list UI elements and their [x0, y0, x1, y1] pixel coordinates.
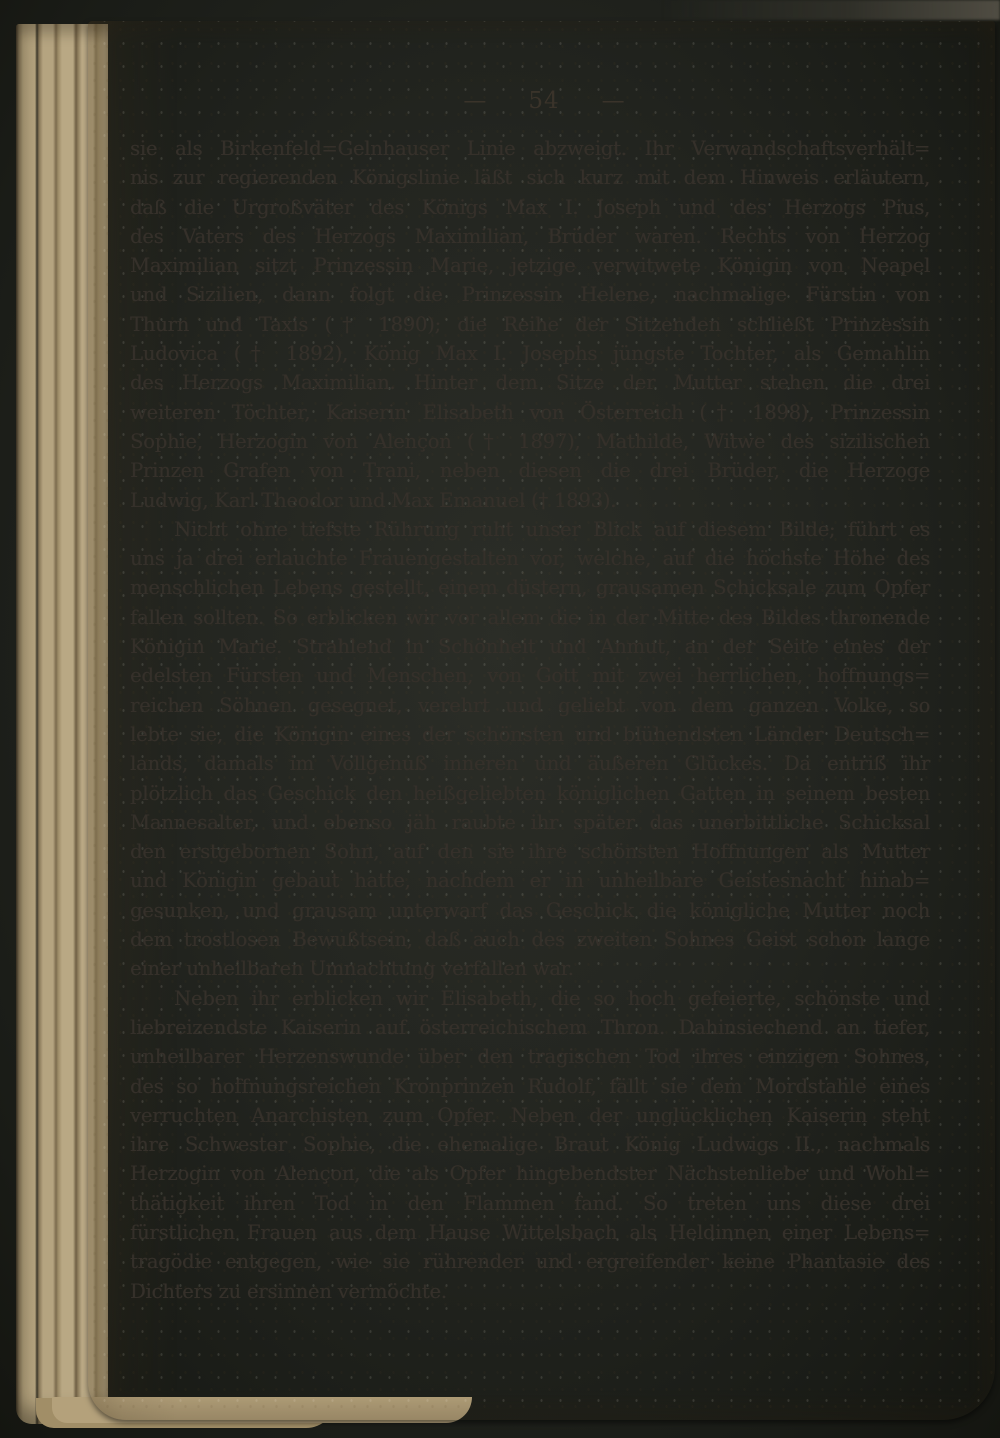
text-line: unheilbarer Herzenswunde über den tragis… — [130, 1042, 930, 1071]
text-line: einer unheilbaren Umnachtung verfallen w… — [130, 954, 930, 983]
text-line: liebreizendste Kaiserin auf österreichis… — [130, 1013, 930, 1042]
text-line: verruchten Anarchisten zum Opfer. Neben … — [130, 1101, 930, 1130]
text-line: Thurn und Taxis († 1890); die Reihe der … — [130, 310, 930, 339]
page-text: sie als Birkenfeld=Gelnhauser Linie abzw… — [130, 134, 930, 1306]
paragraph: sie als Birkenfeld=Gelnhauser Linie abzw… — [130, 134, 930, 515]
text-line: edelsten Fürsten und Menschen, von Gott … — [130, 661, 930, 690]
text-line: lebte sie, die Königin eines der schönst… — [130, 720, 930, 749]
text-line: nis zur regierenden Königslinie läßt sic… — [130, 163, 930, 192]
header-dash-left: — — [463, 88, 486, 114]
text-line: weiteren Töchter, Kaiserin Elisabeth von… — [130, 398, 930, 427]
text-line: ihre Schwester Sophie, die ehemalige Bra… — [130, 1130, 930, 1159]
text-line: und Königin gebaut hatte, nachdem er in … — [130, 866, 930, 895]
text-line: den erstgebornen Sohn, auf den sie ihre … — [130, 837, 930, 866]
text-line: menschlichen Lebens gestellt, einem düst… — [130, 573, 930, 602]
header-dash-right: — — [602, 88, 625, 114]
text-line: fürstlichen Frauen aus dem Hause Wittels… — [130, 1218, 930, 1247]
paragraph: Neben ihr erblicken wir Elisabeth, die s… — [130, 984, 930, 1306]
page-number: 54 — [528, 88, 559, 114]
text-line: daß die Urgroßväter des Königs Max I. Jo… — [130, 193, 930, 222]
text-line: Ludovica († 1892), König Max I. Josephs … — [130, 339, 930, 368]
text-line: Prinzen Grafen von Trani, neben diesen d… — [130, 456, 930, 485]
text-line: des so hoffnungsreichen Kronprinzen Rudo… — [130, 1072, 930, 1101]
text-line: des Vaters des Herzogs Maximilian, Brüde… — [130, 222, 930, 251]
text-line: Nicht ohne tiefste Rührung ruht unser Bl… — [130, 515, 930, 544]
text-line: des Herzogs Maximilian. Hinter dem Sitze… — [130, 368, 930, 397]
text-line: Maximilian sitzt Prinzessin Marie, jetzi… — [130, 251, 930, 280]
text-line: Neben ihr erblicken wir Elisabeth, die s… — [130, 984, 930, 1013]
page-header: — 54 — — [144, 88, 944, 114]
text-line: gesunken, und grausam unterwarf das Gesc… — [130, 896, 930, 925]
text-line: reichen Söhnen gesegnet, verehrt und gel… — [130, 691, 930, 720]
scan-glare — [660, 0, 1000, 20]
text-line: Königin Marie. Strahlend in Schönheit un… — [130, 632, 930, 661]
text-line: plötzlich das Geschick den heißgeliebten… — [130, 779, 930, 808]
text-line: Mannesalter, und ebenso jäh raubte ihr s… — [130, 808, 930, 837]
text-line: thätigkeit ihren Tod in den Flammen fand… — [130, 1189, 930, 1218]
text-line: uns ja drei erlauchte Frauengestalten vo… — [130, 544, 930, 573]
text-line: Herzogin von Alençon, die als Opfer hing… — [130, 1159, 930, 1188]
text-line: dem trostlosen Bewußtsein, daß auch des … — [130, 925, 930, 954]
text-line: Sophie, Herzogin von Alençon († 1897), M… — [130, 427, 930, 456]
text-line: sie als Birkenfeld=Gelnhauser Linie abzw… — [130, 134, 930, 163]
text-line: Dichters zu ersinnen vermöchte. — [130, 1277, 930, 1306]
text-line: lands, damals im Vollgenuß inneren und ä… — [130, 749, 930, 778]
book-scan: — 54 — sie als Birkenfeld=Gelnhauser Lin… — [0, 0, 1000, 1438]
text-line: Ludwig, Karl Theodor und Max Emanuel († … — [130, 486, 930, 515]
text-line: tragödie entgegen, wie sie rührender und… — [130, 1247, 930, 1276]
paragraph: Nicht ohne tiefste Rührung ruht unser Bl… — [130, 515, 930, 984]
text-line: und Sizilien, dann folgt die Prinzessin … — [130, 280, 930, 309]
text-line: fallen sollten. So erblicken wir vor all… — [130, 603, 930, 632]
